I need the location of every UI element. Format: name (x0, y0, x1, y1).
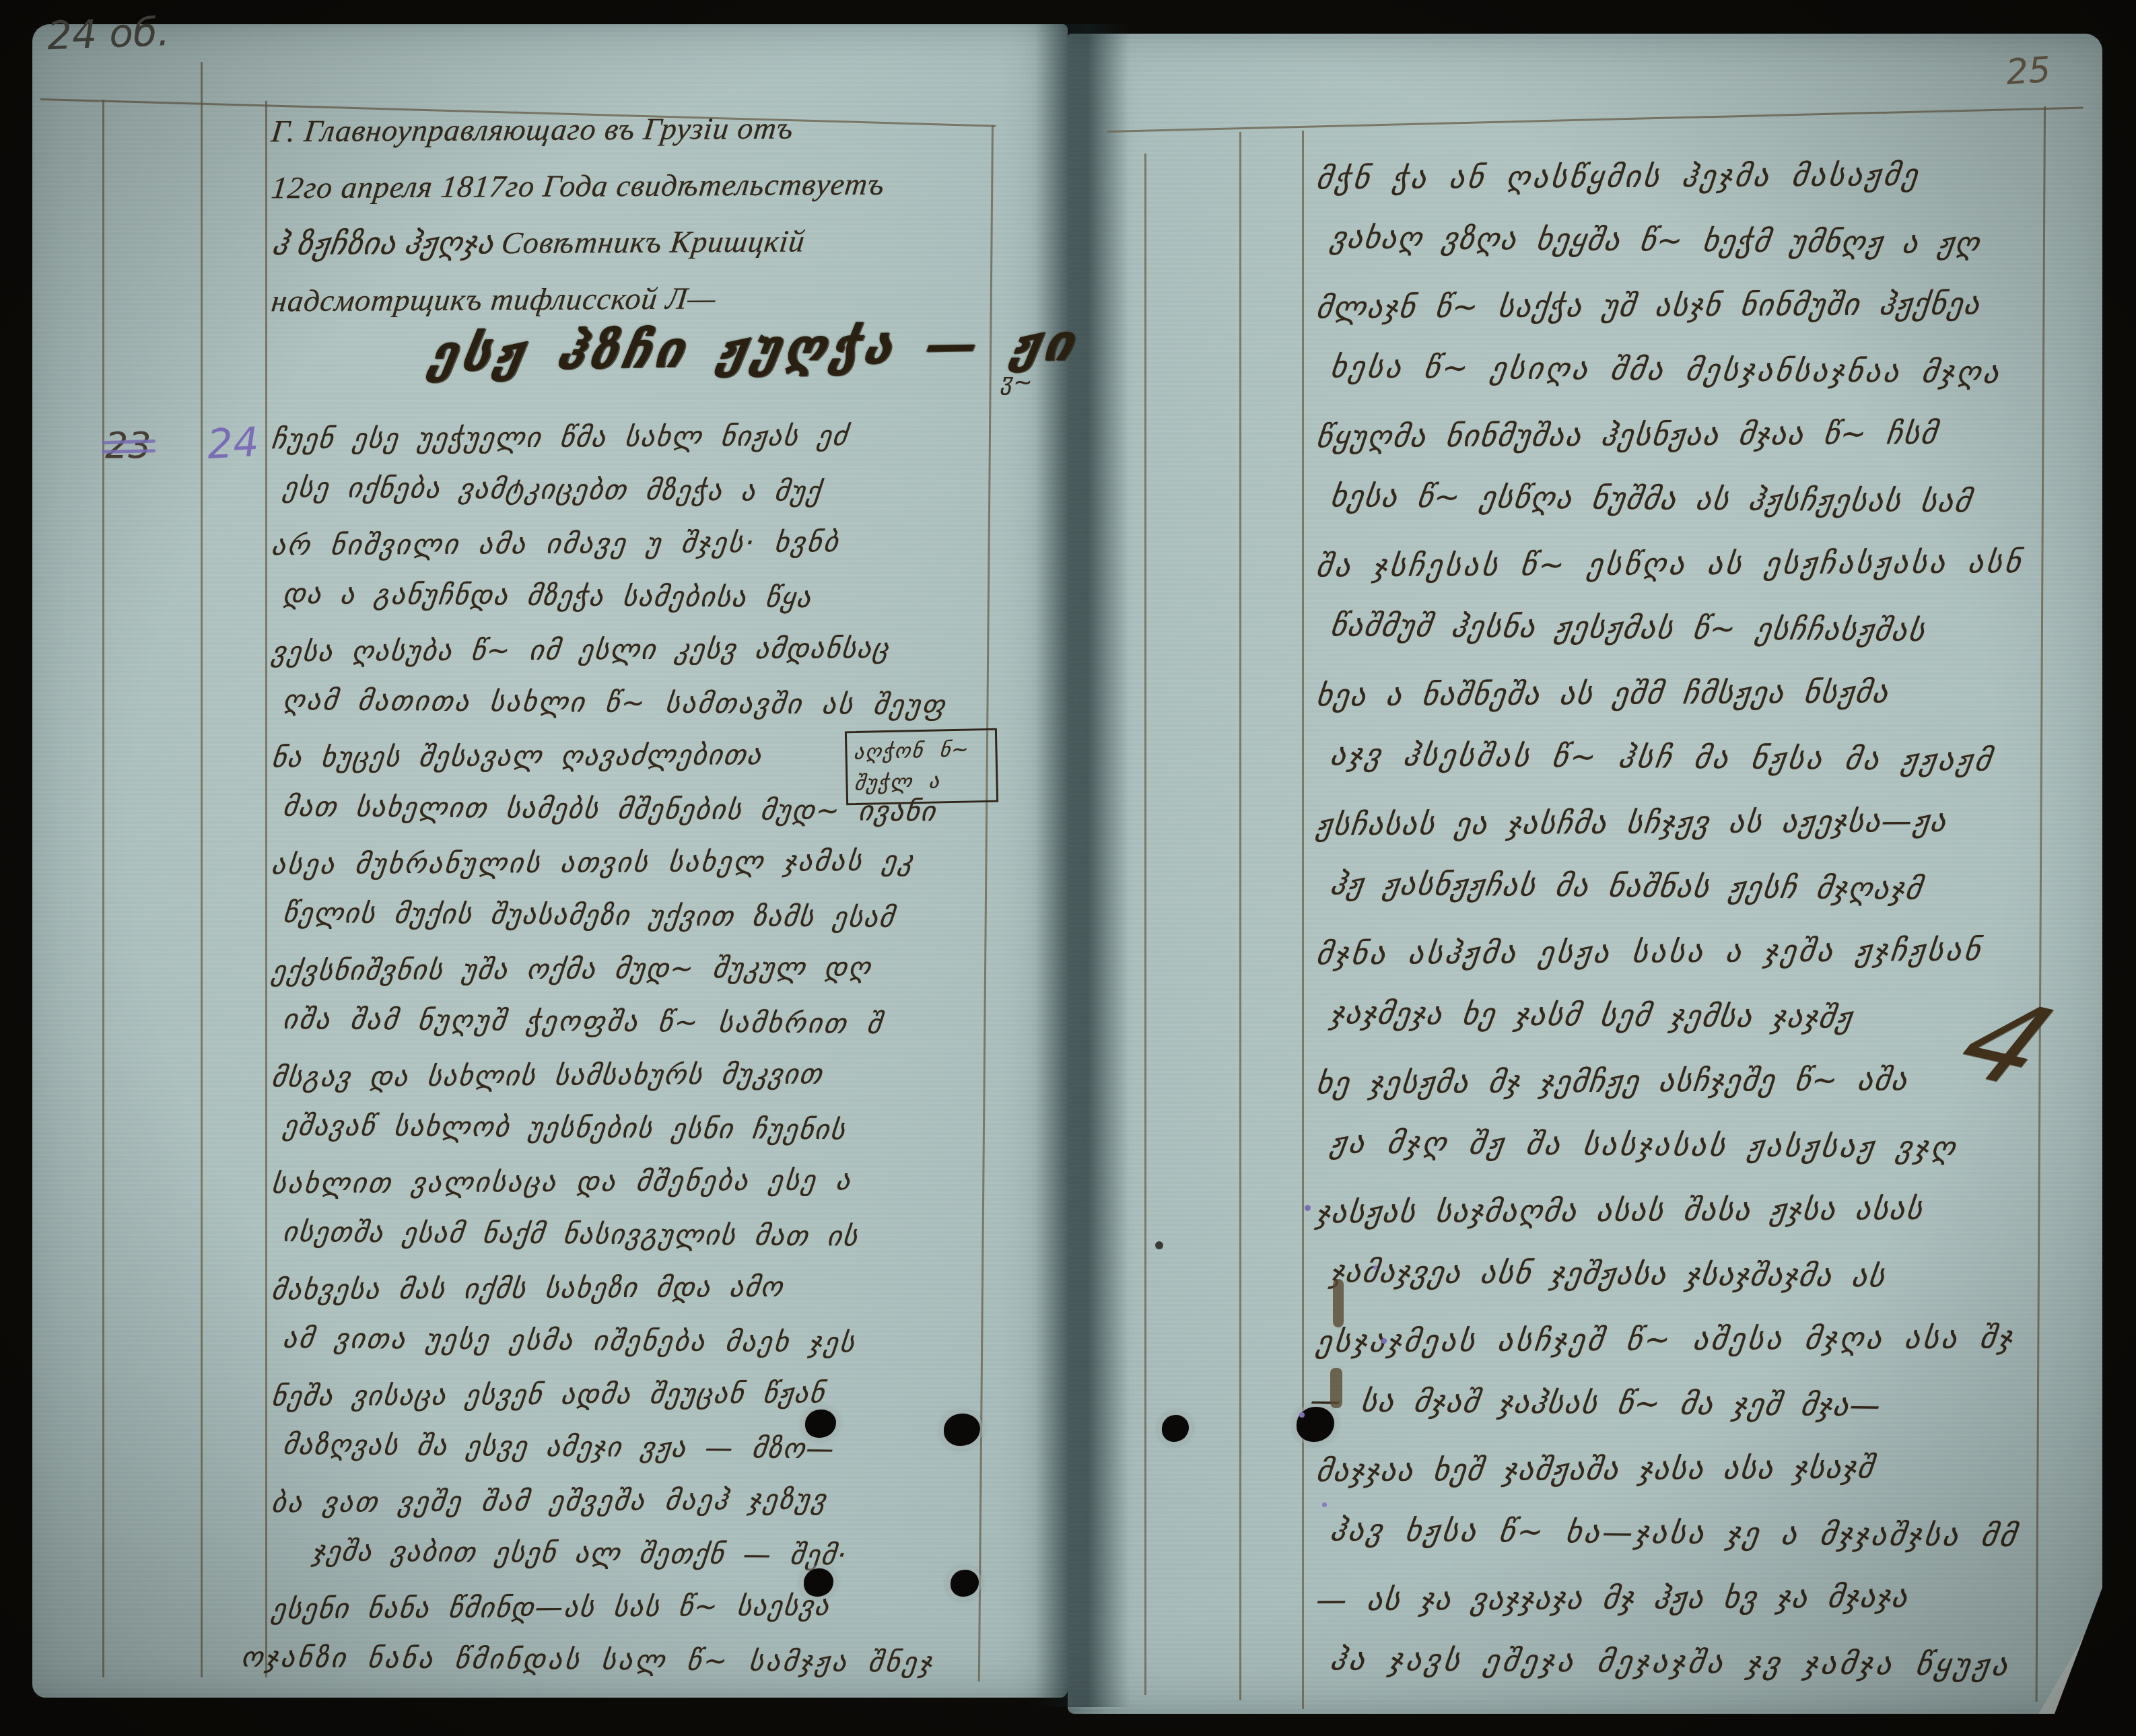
manuscript-line: ვახაღ ვზღა ხეყშა წ~ ხეჭმ უმნღჟ ა ჟღ (1326, 205, 2082, 277)
manuscript-line: ნა ხუცეს შესავალ ღავაძლებითა (269, 728, 827, 784)
boxed-annotation-line: აღჭონ ნ~ (852, 734, 990, 769)
ink-smudge (1333, 1279, 1344, 1327)
manuscript-line: ჯასჟას საჯმაღმა ასას შასა ჟჯსა ასას (1313, 1176, 2081, 1245)
header-block: Г. Главноуправляющаго въ Грузіи отъ12го … (272, 101, 999, 327)
manuscript-line: ექვსნიშვნის უშა ოქმა მუდ~ შუკულ დღ (269, 940, 1002, 998)
manuscript-line: ჟა მჯღ შჟ შა სასჯასას ჟასჟსაჟ ვჯღ (1326, 1110, 2082, 1181)
manuscript-line: ისეთშა ესამ ნაქმ ნასივგულის მათ ის (280, 1206, 1002, 1264)
header-line: ჰ ზჟჩზია ჰჟღჯა Совѣтникъ Кришцкій (269, 212, 1003, 273)
right-body-text: მჭნ ჭა ან ღასწყმის ჰეჯმა მასაჟმევახაღ ვზ… (1317, 144, 2077, 1695)
manuscript-line: ჟსჩასას ეა ჯასჩმა სჩჯჟვ ას აჟეჯსა—ჟა (1313, 788, 2081, 858)
violet-speck (1299, 1412, 1305, 1418)
manuscript-line: ესჯაჯმეას ასჩჯეშ წ~ აშესა მჯღა ასა შჯ (1313, 1305, 2081, 1375)
right-margin-rule-3 (1302, 131, 1304, 1709)
left-margin-rule-3 (265, 101, 267, 1677)
manuscript-line: მლაჯნ წ~ საქჭა უშ ასჯნ ნინმუში ჰჟქნეა (1313, 271, 2081, 341)
manuscript-line: მაზღვას შა ესვე ამეჯი ვჟა — მზო— (280, 1418, 1002, 1477)
left-margin-rule-1 (102, 100, 104, 1677)
manuscript-line: და ა განუჩნდა მზეჭა სამებისა წყა (280, 567, 1002, 626)
marginal-glyph: ჳ~ (1000, 369, 1034, 396)
manuscript-line: მაჯჯაა ხეშ ჯაშჟაშა ჯასა ასა ჯსაჯშ (1313, 1434, 2081, 1504)
manuscript-line: ამ ვითა უესე ესმა იშენება მაეხ ჯეს (280, 1312, 1002, 1370)
right-margin-rule-2 (1239, 132, 1241, 1700)
manuscript-line: ჯეშა ვაბით ესენ ალ შეთქნ — შემ· (310, 1525, 1002, 1583)
manuscript-line: ოჯანზი ნანა წმინდას სალ წ~ სამჯჟა შნეჯ (238, 1631, 1002, 1690)
boxed-annotation-line: შუჭლ ა (853, 765, 990, 800)
manuscript-line: ბა ვათ ვეშე შამ ეშვეშა მაეჰ ჯეზუვ (269, 1472, 1002, 1530)
manuscript-line: ჩუენ ესე უეჭუელი წმა სახლ ნიჟას ეძ (269, 409, 1002, 466)
manuscript-line: ხესა წ~ ესწღა ნუშმა ას ჰჟსჩჟესას სამ (1326, 464, 2082, 535)
case-number-current: 24 (206, 419, 260, 468)
manuscript-line: ხეა ა ნაშნეშა ას ეშმ ჩმსჟეა ნსჟმა (1313, 659, 2081, 728)
manuscript-line: მახვესა მას იქმს სახეზი მდა ამო (269, 1259, 1002, 1317)
manuscript-line: შა ჯსჩესას წ~ ესწღა ას ესჟჩასჟასა ასნ (1313, 530, 2081, 599)
manuscript-line: ჰავ ხჟსა წ~ ხა—ჯასა ჯე ა მჯჯაშჯსა მმ (1326, 1498, 2082, 1569)
manuscript-line: ჰა ჯავს ეშეჯა მეჯაჯშა ჯვ ჯამჯა წყუჟა (1326, 1627, 2082, 1698)
manuscript-line: მჭნ ჭა ან ღასწყმის ჰეჯმა მასაჟმე (1313, 142, 2081, 211)
violet-speck (1373, 1265, 1377, 1270)
case-number-struck: 23 (105, 424, 151, 466)
header-line: 12го апреля 1817го Года свидѣтельствуетъ (269, 155, 1003, 217)
manuscript-line: მსგავ და სახლის სამსახურს მუკვით (269, 1047, 1002, 1105)
manuscript-line: ჯამაჯვეა ასნ ჯეშჟასა ჯსაჯშაჯმა ას (1326, 1239, 2082, 1311)
manuscript-line: წყუღმა ნინმუშაა ჰესნჟაა მჯაა წ~ ჩსმ (1313, 401, 2081, 470)
folio-number-verso: 24 об. (46, 9, 170, 59)
manuscript-line: ესენი ნანა წმინდ—ას სას წ~ საესვა (269, 1578, 1002, 1636)
left-margin-rule-2 (201, 62, 203, 1677)
header-line: Г. Главноуправляющаго въ Грузіи отъ (269, 99, 1003, 160)
boxed-annotation: აღჭონ ნ~შუჭლ ა (845, 728, 998, 806)
manuscript-line: ვესა ღასუბა წ~ იმ ესლი კესვ ამდანსაც (269, 621, 1002, 679)
manuscript-line: სახლით ვალისაცა და მშენება ესე ა (269, 1153, 1002, 1211)
folio-number-recto: 25 (2005, 50, 2052, 93)
violet-speck (1322, 1502, 1327, 1507)
violet-speck (1305, 1205, 1311, 1211)
manuscript-line: არ ნიშვილი ამა იმავე უ შჯეს· ხვნბ (269, 515, 1002, 573)
manuscript-line: ხესა წ~ ესიღა შმა მესჯანსაჯნაა მჯღა (1326, 335, 2082, 406)
violet-speck (1381, 1338, 1387, 1344)
manuscript-line: ნეშა ვისაცა ესვენ ადმა შეუცან წჟან (269, 1366, 1002, 1424)
right-margin-rule-1 (1144, 153, 1146, 1695)
manuscript-line: ასეა მუხრანულის ათვის სახელ ჯამას ეკ (269, 834, 1002, 892)
manuscript-line: ჰჟ ჟასნჟჟჩას მა ნაშნას ჟესჩ მჯღაჯმ (1326, 852, 2082, 923)
manuscript-line: იშა შამ ნუღუშ ჭეოფშა წ~ სამხრით შ (280, 993, 1002, 1051)
header-flourish-line: ესჟ ჰზჩი ჟუღჭა — ჟი (424, 312, 1084, 384)
manuscript-line: წაშმუშ ჰესნა ჟესჟმას წ~ ესჩჩასჟშას (1326, 593, 2082, 664)
manuscript-line: მჯნა ასჰჟმა ესჟა სასა ა ჯეშა ჟჯჩჟსან (1313, 917, 2081, 987)
manuscript-line: — ას ჯა ვაჯჯაჯა მჯ ჰჟა ხვ ჯა მჯაჯა (1313, 1564, 2081, 1633)
left-body-text: ჩუენ ესე უეჭუელი წმა სახლ ნიჟას ეძესე იქ… (272, 411, 999, 1687)
manuscript-line: ესე იქნება ვამტკიცებთ მზეჭა ა მუქ (280, 461, 1002, 520)
manuscript-line: ეშავაწ სახლობ უესნების ესნი ჩუენის (280, 1099, 1002, 1158)
manuscript-line: — სა მჯაშ ჯაჰსას წ~ მა ჯეშ მჯა— (1306, 1368, 2082, 1440)
manuscript-line: ღამ მათითა სახლი წ~ სამთავში ას შეუფ (280, 674, 1002, 732)
manuscript-spread: 24 об. 25 23 24 Г. Главноуправляющаго въ… (0, 0, 2136, 1736)
ink-smudge (1330, 1368, 1342, 1408)
ink-speck (1155, 1241, 1163, 1249)
manuscript-line: აჯვ ჰსესშას წ~ ჰსჩ მა ნჟსა მა ჟჟაჟმ (1326, 722, 2082, 794)
manuscript-line: წელის მუქის შუასამეზი უქვით ზამს ესამ (280, 887, 1002, 945)
